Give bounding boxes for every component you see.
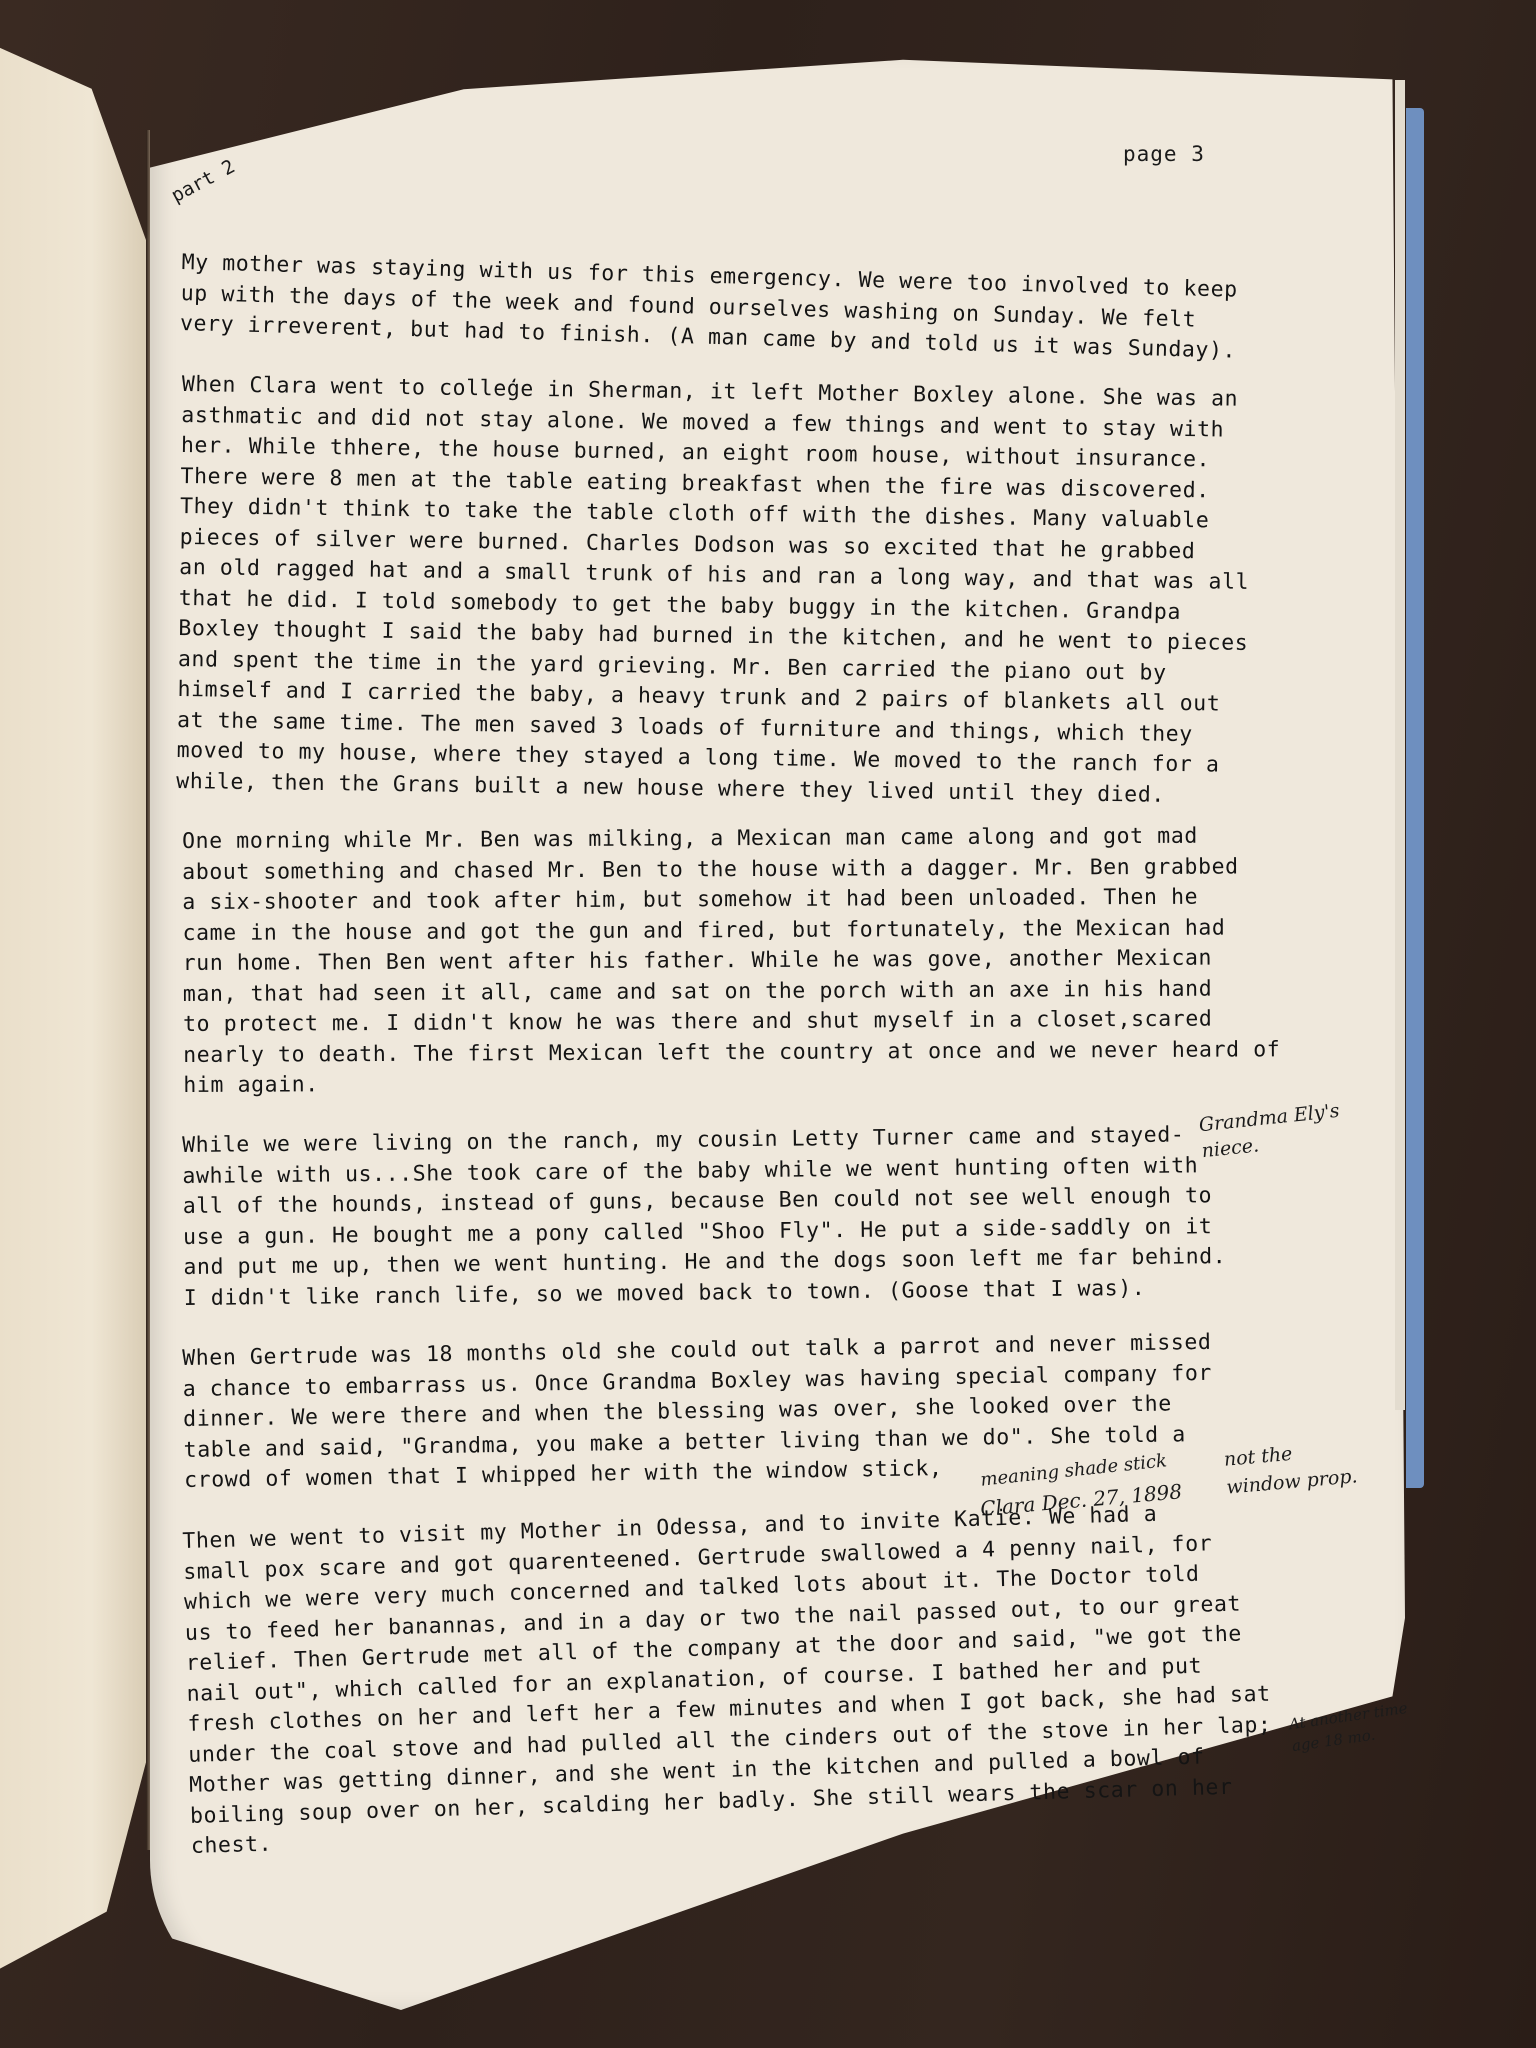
paragraph-house-fire: When Clara went to colleģe in Sherman, i…: [176, 370, 1282, 812]
paragraph-odessa-visit: Then we went to visit my Mother in Odess…: [182, 1496, 1291, 1862]
handwritten-note-window-prop: not the window prop.: [1223, 1434, 1359, 1501]
paragraph-emergency: My mother was staying with us for this e…: [180, 248, 1282, 368]
page-number: page 3: [1123, 142, 1205, 166]
paragraph-mexican-man: One morning while Mr. Ben was milking, a…: [182, 821, 1283, 1101]
facing-left-page: [0, 30, 148, 1990]
page-stack-edge: [1395, 80, 1405, 1410]
blue-back-cover: [1406, 108, 1424, 1488]
book-spine: [146, 130, 150, 1850]
typed-body: My mother was staying with us for this e…: [182, 248, 1282, 1892]
paragraph-ranch-life: While we were living on the ranch, my co…: [182, 1119, 1284, 1314]
